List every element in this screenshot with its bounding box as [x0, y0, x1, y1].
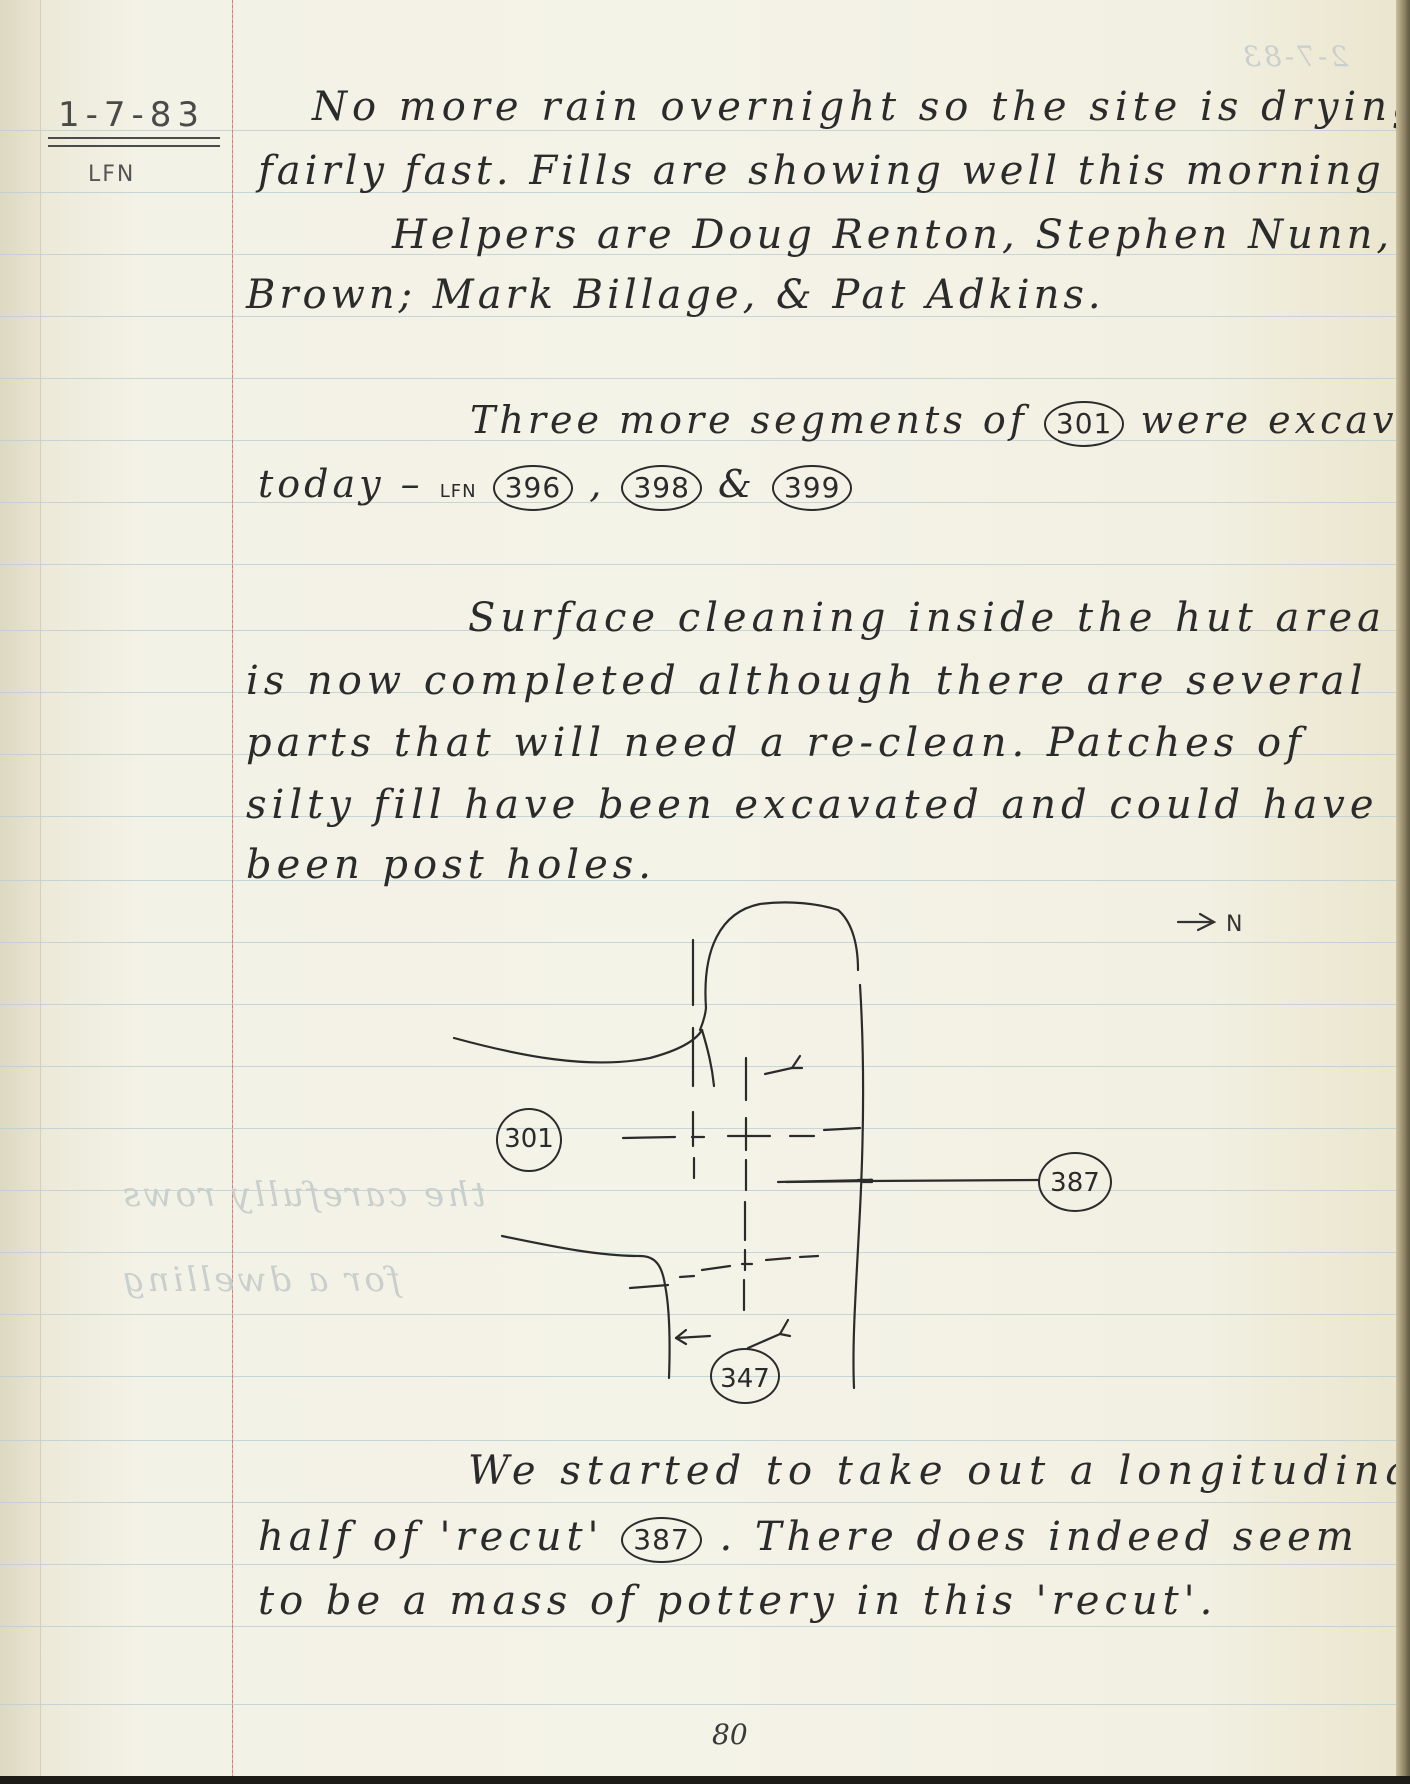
entry-4-line-2: half of 'recut' 387 . There does indeed …: [258, 1514, 1359, 1563]
context-ref-398: 398: [621, 465, 701, 511]
ruled-line: [0, 1564, 1396, 1565]
context-ref-399: 399: [772, 465, 852, 511]
context-ref-387: 387: [621, 1517, 701, 1563]
entry-2-text: today –: [258, 462, 424, 506]
entry-2-line-2: today – LFN 396 , 398 & 399: [258, 462, 852, 511]
entry-1-line-4: Brown; Mark Billage, & Pat Adkins.: [246, 272, 1105, 318]
entry-3-line-2: is now completed although there are seve…: [246, 658, 1367, 704]
entry-3-line-5: been post holes.: [246, 842, 656, 888]
entry-4-text: half of 'recut': [258, 1514, 604, 1560]
sketch-label-301: 301: [496, 1108, 562, 1172]
author-initials: LFN: [88, 162, 135, 187]
site-plan-sketch: N 301 387 347: [440, 890, 1340, 1410]
ruled-line: [0, 564, 1396, 565]
ruled-line: [0, 130, 1396, 131]
entry-4-text: . There does indeed seem: [719, 1514, 1358, 1560]
date-underline: [48, 137, 220, 139]
entry-2-line-1: Three more segments of 301 were excavate…: [470, 398, 1410, 447]
entry-3-line-3: parts that will need a re-clean. Patches…: [246, 720, 1306, 766]
bleed-through-text: for a dwelling: [120, 1260, 400, 1300]
entry-2-text: Three more segments of: [470, 398, 1028, 442]
previous-page-edge: [0, 0, 41, 1784]
ruled-line: [0, 1626, 1396, 1627]
bleed-through-text: the carefully rows: [120, 1175, 486, 1215]
separator: &: [718, 462, 756, 506]
context-ref-396: 396: [493, 465, 573, 511]
entry-4-line-3: to be a mass of pottery in this 'recut'.: [258, 1578, 1217, 1624]
ruled-line: [0, 378, 1396, 379]
entry-4-line-1: We started to take out a longitudinal: [468, 1448, 1410, 1494]
bottom-edge: [0, 1776, 1410, 1784]
separator: ,: [589, 462, 605, 506]
entry-3-line-4: silty fill have been excavated and could…: [246, 782, 1379, 828]
entry-date: 1-7-83: [58, 95, 205, 135]
north-label: N: [1226, 912, 1242, 937]
entry-1-line-3: Helpers are Doug Renton, Stephen Nunn, P…: [392, 212, 1410, 258]
date-underline: [48, 145, 220, 147]
notebook-page: 2-7-83 the carefully rows for a dwelling…: [0, 0, 1410, 1784]
ruled-line: [0, 880, 1396, 881]
context-ref-301: 301: [1044, 401, 1124, 447]
bleed-through-text: 2-7-83: [1240, 40, 1348, 73]
page-number: 80: [712, 1718, 748, 1751]
ruled-line: [0, 1502, 1396, 1503]
sketch-label-347: 347: [710, 1348, 780, 1404]
ruled-line: [0, 1704, 1396, 1705]
ruled-line: [0, 1440, 1396, 1441]
margin-line: [232, 0, 233, 1776]
sketch-drawing: [440, 890, 1340, 1410]
initials-inline: LFN: [440, 481, 477, 502]
binding-edge: [1396, 0, 1410, 1784]
entry-3-line-1: Surface cleaning inside the hut area: [468, 595, 1386, 641]
entry-1-line-1: No more rain overnight so the site is dr…: [312, 84, 1410, 130]
entry-1-line-2: fairly fast. Fills are showing well this…: [258, 148, 1385, 194]
sketch-label-387: 387: [1038, 1152, 1112, 1212]
entry-2-text: were excavated: [1140, 398, 1410, 442]
